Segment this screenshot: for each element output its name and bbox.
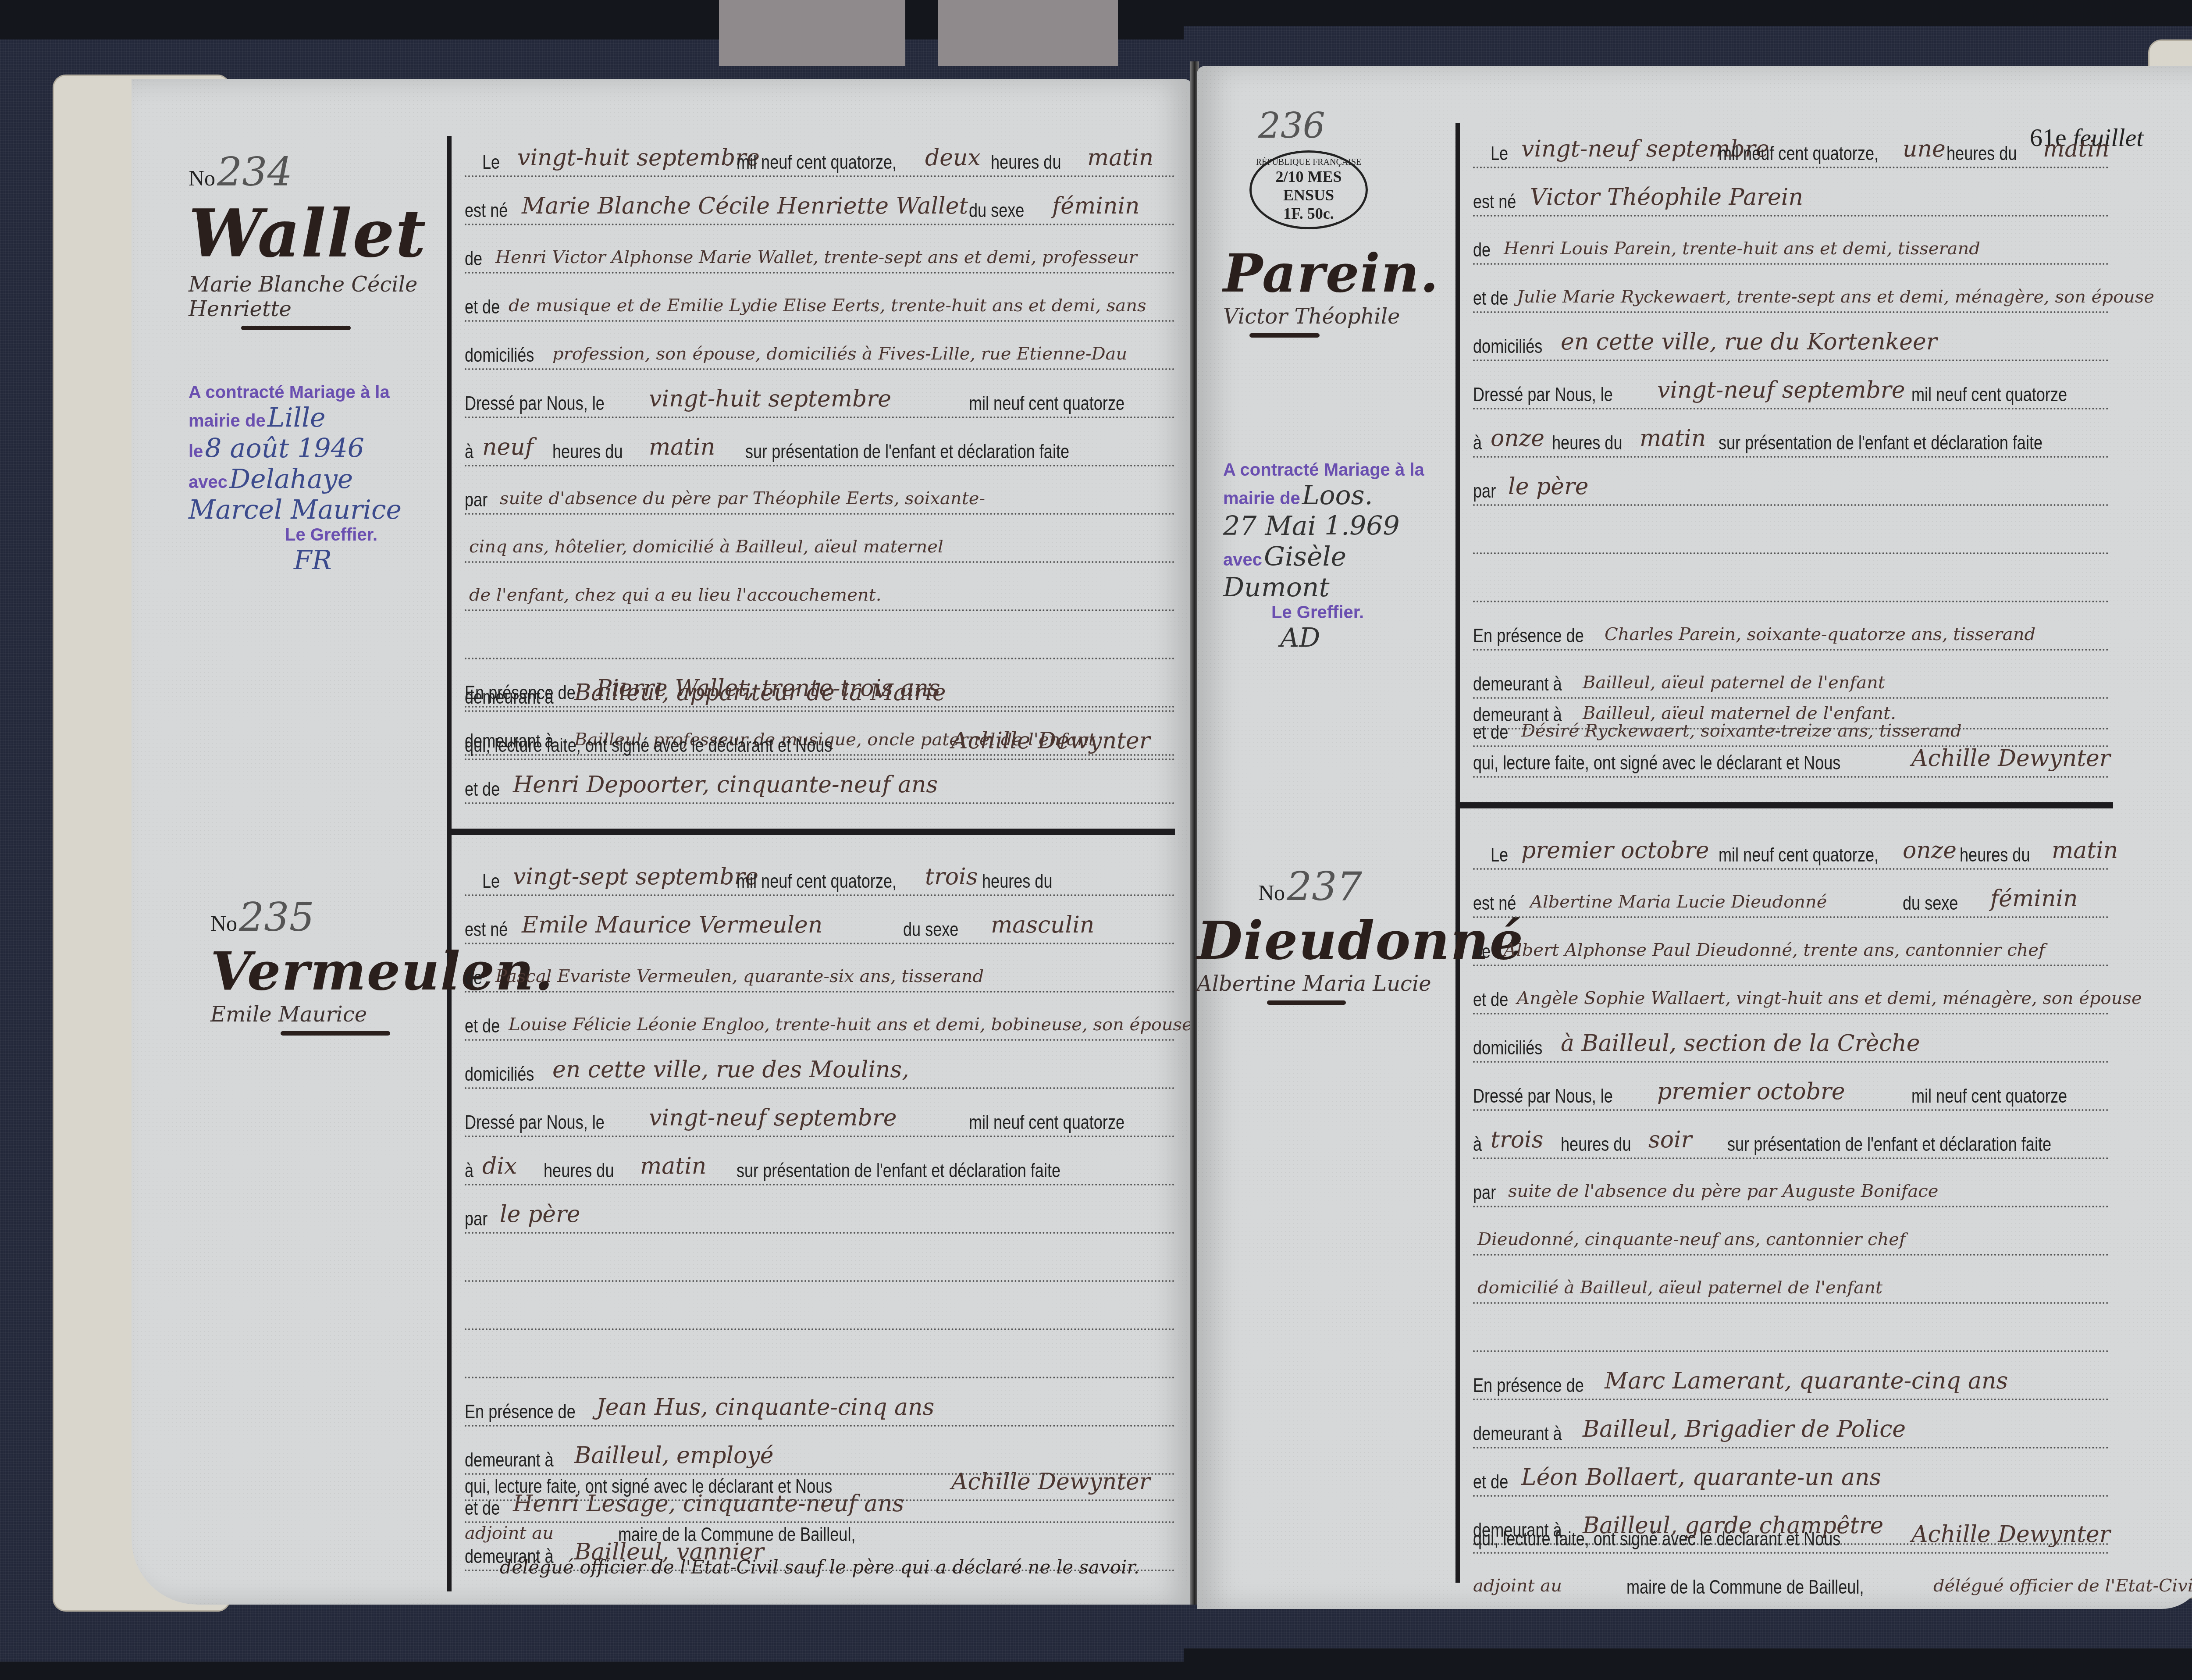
number-label: No [189, 166, 215, 190]
label: Dressé par Nous, le [465, 393, 605, 415]
act-234-signatures: qui, lecture faite, ont signé avec le dé… [465, 715, 1175, 846]
child-name: Marie Blanche Cécile Henriette Wallet [522, 193, 968, 219]
label: mil neuf cent quatorze [1911, 1086, 2067, 1107]
label: Le [482, 152, 500, 174]
label: mil neuf cent quatorze, [737, 871, 897, 893]
witness-2: Léon Bollaert, quarante-un ans [1521, 1464, 1881, 1491]
declarant: suite d'absence du père par Théophile Ee… [500, 488, 985, 509]
act-given-names: Victor Théophile [1223, 304, 1451, 329]
act-given-names: Albertine Maria Lucie [1197, 972, 1451, 996]
label: à [465, 441, 473, 463]
column-rule [1455, 123, 1460, 1583]
father: Albert Alphonse Paul Dieudonné, trente a… [1504, 940, 2045, 960]
father: Henri Victor Alphonse Marie Wallet, tren… [495, 247, 1137, 267]
label: mil neuf cent quatorze, [1719, 844, 1879, 866]
act-surname: Wallet [189, 195, 434, 272]
declarant: le père [500, 1201, 580, 1228]
underline [1249, 333, 1320, 338]
label: par [465, 1208, 488, 1230]
officer-name: Achille Dewynter [951, 728, 1150, 754]
record-period: matin [1640, 425, 1706, 452]
act-margin-237: No 237 Dieudonné Albertine Maria Lucie [1197, 864, 1451, 1005]
act-body-235: Levingt-sept septembremil neuf cent quat… [465, 851, 1175, 1552]
record-date: premier octobre [1657, 1078, 1845, 1105]
label: heures du [1561, 1134, 1631, 1156]
act-margin-236: 236 RÉPUBLIQUE FRANÇAISE2/10 MES ENSUS1F… [1223, 105, 1451, 653]
label: et de [465, 296, 500, 318]
act-given-names: Marie Blanche Cécile Henriette [189, 272, 434, 321]
label: mil neuf cent quatorze [1911, 384, 2067, 406]
label: et de [1473, 1471, 1508, 1493]
underline [281, 1031, 390, 1036]
marriage-annotation: A contracté Mariage à la mairie de Loos.… [1223, 460, 1451, 653]
act-surname: Dieudonné [1197, 910, 1451, 972]
number-label: No [1258, 880, 1285, 905]
underline [1267, 1000, 1346, 1005]
officer-name: Achille Dewynter [1911, 1521, 2110, 1548]
act-number: 236 [1258, 105, 1451, 146]
label: est né [465, 200, 508, 222]
label: est né [1473, 191, 1516, 213]
declarant-cont: domicilié à Bailleul, aïeul paternel de … [1477, 1278, 1882, 1298]
act-period: matin [1087, 145, 1153, 171]
column-rule [447, 136, 452, 1591]
act-237-closing: qui, lecture faite, ont signé avec le dé… [1473, 1508, 2109, 1640]
marriage-stamp: A contracté Mariage à la [189, 383, 434, 402]
seal-value: 2/10 MES ENSUS [1252, 167, 1366, 204]
domicile: à Bailleul, section de la Crèche [1561, 1030, 1920, 1057]
stamp-label: avec [1223, 550, 1262, 569]
mother: Angèle Sophie Wallaert, vingt-huit ans e… [1517, 988, 2142, 1008]
label: sur présentation de l'enfant et déclarat… [1719, 432, 2043, 454]
label: domiciliés [465, 1064, 534, 1086]
domicile: profession, son épouse, domiciliés à Fiv… [552, 344, 1127, 364]
child-sex: masculin [991, 912, 1094, 938]
officer-role: adjoint au [465, 1523, 554, 1543]
label: maire de la Commune de Bailleul, [618, 1524, 855, 1546]
act-surname: Parein. [1223, 242, 1451, 304]
label: de [465, 248, 482, 270]
act-margin-235: No 235 Vermeulen. Emile Maurice [210, 894, 438, 1036]
act-margin-234: No 234 Wallet Marie Blanche Cécile Henri… [189, 149, 434, 576]
label: qui, lecture faite, ont signé avec le dé… [465, 735, 832, 757]
fiscal-stamp-seal: RÉPUBLIQUE FRANÇAISE2/10 MES ENSUS1F. 50… [1249, 150, 1368, 229]
declarant: le père [1508, 473, 1589, 500]
act-hour: onze [1903, 837, 1957, 864]
label: du sexe [969, 200, 1024, 222]
act-hour: trois [925, 864, 978, 890]
label: domiciliés [1473, 336, 1542, 358]
witness-1: Charles Parein, soixante-quatorze ans, t… [1605, 624, 2035, 644]
act-period: matin [2052, 837, 2118, 864]
paper-tab [719, 0, 905, 66]
record-period: soir [1648, 1127, 1692, 1153]
label: domiciliés [1473, 1037, 1542, 1059]
officer-role: adjoint au [1473, 1576, 1562, 1596]
domicile: en cette ville, rue des Moulins, [552, 1057, 909, 1083]
seal-caption: RÉPUBLIQUE FRANÇAISE [1252, 157, 1366, 167]
label: demeurant à [1473, 704, 1562, 726]
label: Le [482, 871, 500, 893]
marriage-date: 8 août 1946 [205, 433, 364, 464]
label: heures du [1552, 432, 1622, 454]
label: demeurant à [1473, 1423, 1562, 1445]
father: Pascal Evariste Vermeulen, quarante-six … [495, 966, 984, 986]
child-name: Albertine Maria Lucie Dieudonné [1530, 892, 1827, 912]
label: et de [465, 1015, 500, 1037]
act-hour: une [1903, 136, 1946, 162]
label: par [1473, 1182, 1496, 1204]
record-date: vingt-neuf septembre [1657, 377, 1905, 403]
declarant-cont: de l'enfant, chez qui a eu lieu l'accouc… [469, 585, 881, 605]
label: du sexe [903, 919, 958, 941]
act-date: vingt-sept septembre [513, 864, 758, 890]
declarant-cont: Dieudonné, cinquante-neuf ans, cantonnie… [1477, 1229, 1906, 1249]
seal-price: 1F. 50c. [1252, 204, 1366, 223]
label: heures du [544, 1160, 614, 1182]
domicile: en cette ville, rue du Kortenkeer [1561, 329, 1937, 355]
act-number: 234 [217, 149, 292, 195]
label: Le [1491, 143, 1508, 165]
label: En présence de [1473, 625, 1584, 647]
record-hour: onze [1491, 425, 1544, 452]
label: à [1473, 432, 1482, 454]
label: qui, lecture faite, ont signé avec le dé… [1473, 752, 1840, 774]
witness-2-address: Bailleul, appariteur de la Mairie [574, 680, 946, 706]
marriage-place: Lille [267, 402, 326, 433]
label: mil neuf cent quatorze, [737, 152, 897, 174]
greffier-stamp: Le Greffier. [285, 525, 434, 545]
officer-name: Achille Dewynter [1911, 745, 2110, 772]
label: heures du [1946, 143, 2017, 165]
label: maire de la Commune de Bailleul, [1626, 1577, 1864, 1598]
child-name: Emile Maurice Vermeulen [522, 912, 822, 938]
record-date: vingt-huit septembre [649, 386, 891, 412]
stamp-label: mairie de [189, 411, 266, 431]
label: et de [1473, 288, 1508, 310]
officer-note: délégué officier de l'Etat-Civil sauf le… [500, 1556, 1157, 1578]
officer-name: Achille Dewynter [951, 1469, 1150, 1495]
marriage-place: Loos. [1302, 480, 1373, 511]
label: et de [1473, 989, 1508, 1011]
act-hour: deux [925, 145, 981, 171]
register-page-right: 61e feuillet 236 RÉPUBLIQUE FRANÇAISE2/1… [1197, 66, 2192, 1609]
act-number: 237 [1287, 864, 1362, 910]
child-name: Victor Théophile Parein [1530, 184, 1803, 210]
act-given-names: Emile Maurice [210, 1002, 438, 1027]
label: En présence de [1473, 1375, 1584, 1397]
label: par [465, 489, 488, 511]
label: Dressé par Nous, le [1473, 1086, 1613, 1107]
act-date: vingt-huit septembre [517, 145, 760, 171]
stamp-label: avec [189, 473, 228, 492]
record-period: matin [649, 434, 715, 460]
act-surname: Vermeulen. [210, 940, 438, 1002]
witness-2-address: Bailleul, aïeul maternel de l'enfant. [1583, 703, 1896, 723]
record-period: matin [640, 1153, 706, 1179]
record-hour: trois [1491, 1127, 1543, 1153]
mother: Julie Marie Ryckewaert, trente-sept ans … [1517, 287, 2154, 307]
greffier-stamp: Le Greffier. [1271, 603, 1451, 623]
marriage-annotation: A contracté Mariage à la mairie de Lille… [189, 383, 434, 576]
label: sur présentation de l'enfant et déclarat… [745, 441, 1069, 463]
label: demeurant à [465, 687, 554, 708]
declarant: suite de l'absence du père par Auguste B… [1508, 1181, 1938, 1201]
record-date: vingt-neuf septembre [649, 1105, 897, 1131]
father: Henri Louis Parein, trente-huit ans et d… [1504, 238, 1980, 259]
record-hour: dix [482, 1153, 517, 1179]
label: à [1473, 1134, 1482, 1156]
underline [241, 326, 351, 330]
paper-tab [938, 0, 1118, 66]
label: qui, lecture faite, ont signé avec le dé… [1473, 1528, 1840, 1550]
marriage-date: 27 Mai 1.969 [1223, 511, 1451, 541]
label: sur présentation de l'enfant et déclarat… [737, 1160, 1060, 1182]
label: de [1473, 941, 1491, 963]
mother: Louise Félicie Léonie Engloo, trente-hui… [509, 1014, 1192, 1035]
label: En présence de [465, 1401, 576, 1423]
act-date: premier octobre [1521, 837, 1709, 864]
officer-note: délégué officier de l'Etat-Civil. [1933, 1576, 2192, 1596]
label: du sexe [1903, 893, 1958, 915]
stamp-label: mairie de [1223, 489, 1300, 508]
act-236-closing: demeurant àBailleul, aïeul maternel de l… [1473, 684, 2109, 815]
witness-1-address: Bailleul, Brigadier de Police [1583, 1416, 1906, 1442]
label: heures du [552, 441, 623, 463]
label: heures du [982, 871, 1052, 893]
label: de [465, 967, 482, 989]
label: de [1473, 239, 1491, 261]
act-235-signatures: qui, lecture faite, ont signé avec le dé… [465, 1456, 1175, 1587]
label: heures du [991, 152, 1061, 174]
label: domiciliés [465, 345, 534, 367]
label: qui, lecture faite, ont signé avec le dé… [465, 1476, 832, 1498]
label: mil neuf cent quatorze, [1719, 143, 1879, 165]
number-label: No [210, 911, 237, 936]
label: à [465, 1160, 473, 1182]
act-number: 235 [239, 894, 314, 940]
witness-1: Marc Lamerant, quarante-cinq ans [1605, 1368, 2008, 1394]
declarant-cont: cinq ans, hôtelier, domicilié à Bailleul… [469, 537, 943, 557]
mother: de musique et de Emilie Lydie Elise Eert… [509, 295, 1146, 316]
child-sex: féminin [1990, 886, 2078, 912]
label: mil neuf cent quatorze [969, 1112, 1124, 1134]
stamp-label: le [189, 442, 203, 461]
record-hour: neuf [482, 434, 534, 460]
label: Le [1491, 844, 1508, 866]
act-period: matin [2043, 136, 2109, 162]
label: Dressé par Nous, le [1473, 384, 1613, 406]
greffier-initials: FR [294, 545, 434, 576]
child-sex: féminin [1052, 193, 1140, 219]
label: est né [465, 919, 508, 941]
greffier-initials: AD [1280, 623, 1451, 653]
label: par [1473, 481, 1496, 502]
label: sur présentation de l'enfant et déclarat… [1727, 1134, 2051, 1156]
label: mil neuf cent quatorze [969, 393, 1124, 415]
label: heures du [1960, 844, 2030, 866]
witness-1: Jean Hus, cinquante-cinq ans [596, 1394, 934, 1420]
label: Dressé par Nous, le [465, 1112, 605, 1134]
marriage-stamp: A contracté Mariage à la [1223, 460, 1451, 480]
label: est né [1473, 893, 1516, 915]
